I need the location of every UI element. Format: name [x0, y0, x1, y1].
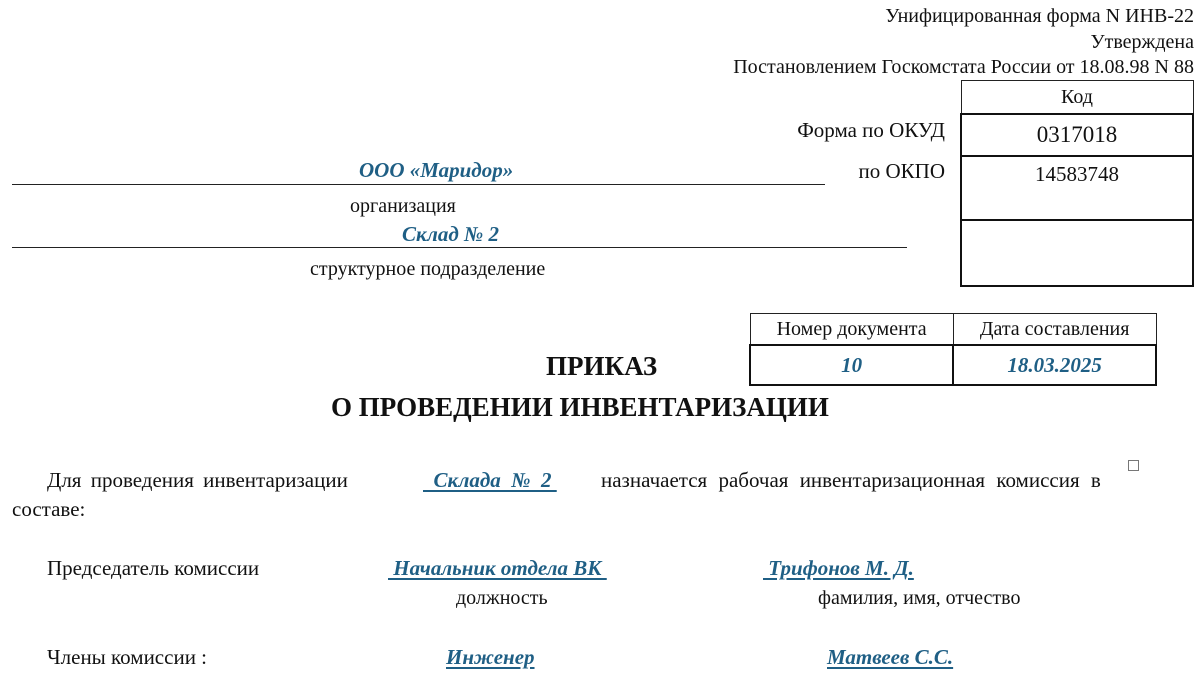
- intro-line-2: составе:: [12, 497, 85, 522]
- position-caption: должность: [456, 587, 548, 610]
- okud-code-cell[interactable]: 0317018: [961, 114, 1193, 156]
- subdivision-underline: [12, 247, 907, 248]
- code-header: Код: [961, 81, 1193, 115]
- doc-date-value[interactable]: 18.03.2025: [953, 345, 1156, 385]
- subdivision-caption: структурное подразделение: [310, 258, 545, 281]
- document-table: Номер документа Дата составления 10 18.0…: [749, 313, 1157, 386]
- extra-code-cell[interactable]: [961, 220, 1193, 286]
- organization-underline: [12, 184, 825, 185]
- form-name: Унифицированная форма N ИНВ-22: [885, 5, 1194, 28]
- okpo-label: по ОКПО: [859, 159, 946, 184]
- organization-caption: организация: [350, 195, 456, 218]
- intro-before: Для проведения инвентаризации: [47, 468, 348, 493]
- code-table: Код 0317018 14583748: [960, 80, 1194, 287]
- intro-after: назначается рабочая инвентаризационная к…: [601, 468, 1101, 493]
- title-line-2: О ПРОВЕДЕНИИ ИНВЕНТАРИЗАЦИИ: [331, 392, 829, 423]
- approved-label: Утверждена: [1090, 31, 1194, 54]
- member-name[interactable]: Матвеев С.С.: [827, 645, 953, 670]
- subdivision-value[interactable]: Склад № 2: [402, 222, 499, 247]
- chairman-position[interactable]: Начальник отдела ВК: [388, 556, 607, 581]
- member-position[interactable]: Инженер: [446, 645, 535, 670]
- marker-box-icon: [1128, 460, 1139, 471]
- inventory-object[interactable]: Склада № 2: [423, 468, 557, 493]
- organization-value[interactable]: ООО «Маридор»: [359, 158, 513, 183]
- members-label: Члены комиссии :: [47, 645, 207, 670]
- name-caption: фамилия, имя, отчество: [818, 587, 1020, 610]
- decree-text: Постановлением Госкомстата России от 18.…: [733, 56, 1194, 79]
- okud-label: Форма по ОКУД: [797, 118, 945, 143]
- okpo-code-cell[interactable]: 14583748: [961, 156, 1193, 220]
- doc-date-header: Дата составления: [953, 314, 1156, 346]
- doc-number-value[interactable]: 10: [750, 345, 953, 385]
- chairman-name[interactable]: Трифонов М. Д.: [763, 556, 914, 581]
- chairman-label: Председатель комиссии: [47, 556, 259, 581]
- title-line-1: ПРИКАЗ: [546, 351, 657, 382]
- doc-number-header: Номер документа: [750, 314, 953, 346]
